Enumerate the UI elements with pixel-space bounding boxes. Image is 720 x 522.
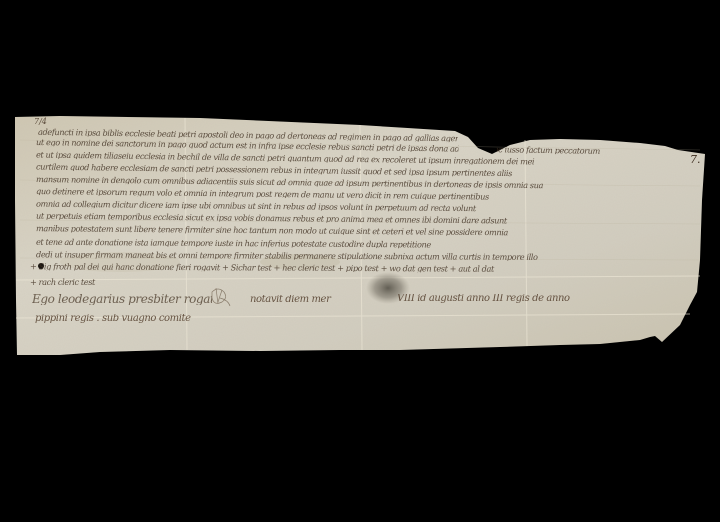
black-background: 7/4 7. adefuncti in ipsa biblis ecclesie… (0, 0, 720, 522)
ink-blot (38, 263, 44, 269)
ink-stain (366, 272, 410, 304)
parchment-charter (0, 0, 720, 522)
